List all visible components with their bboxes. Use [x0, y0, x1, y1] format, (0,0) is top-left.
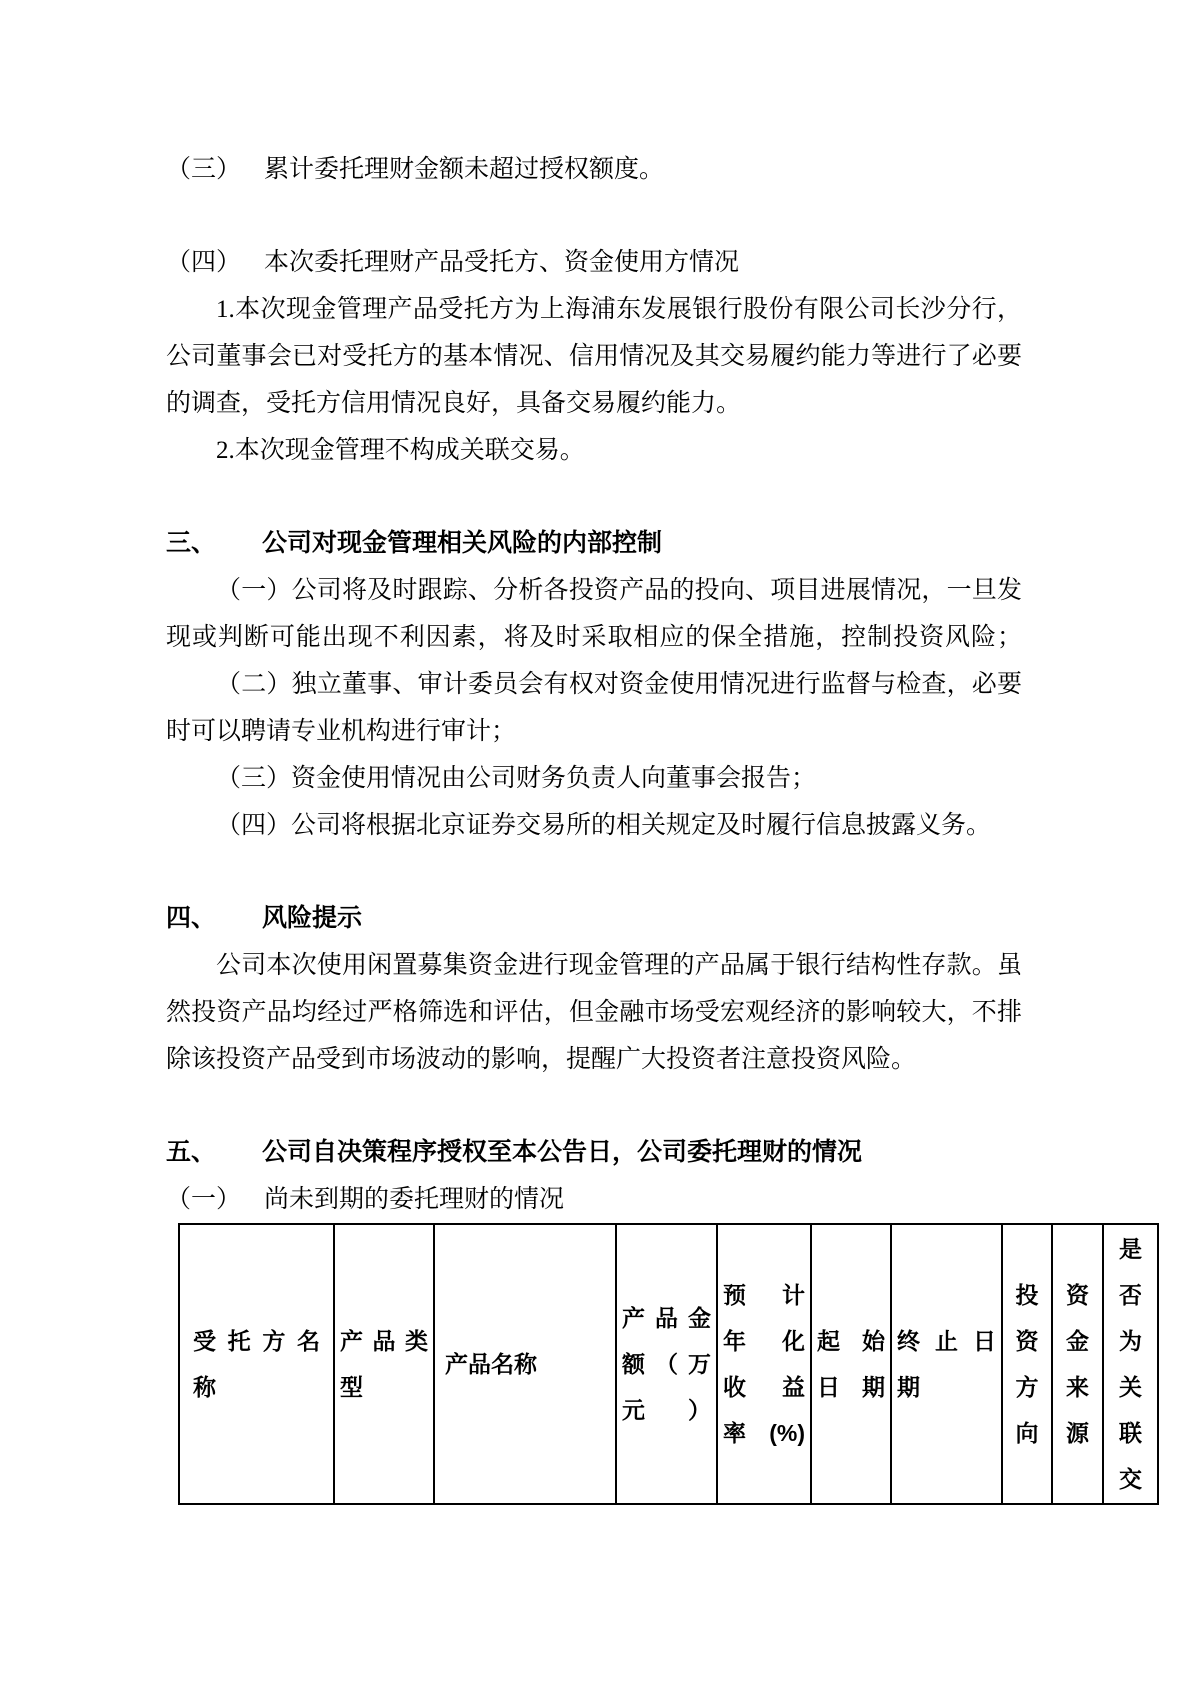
unexpired-wealth-management-table: 受托方名 称 产品类 型 产品名称 产品金 额（万 元） 预计 年化 收益 率(… [178, 1223, 1159, 1505]
paragraph-line: 公司本次使用闲置募集资金进行现金管理的产品属于银行结构性存款。虽 [166, 942, 1022, 989]
th-investment-direction: 投 资 方 向 [1002, 1224, 1052, 1504]
th-product-amount: 产品金 额（万 元） [616, 1224, 717, 1504]
paragraph-line: （四）公司将根据北京证券交易所的相关规定及时履行信息披露义务。 [166, 802, 1022, 849]
paragraph-line: 现或判断可能出现不利因素，将及时采取相应的保全措施，控制投资风险； [166, 614, 1022, 661]
section-4-heading: 四、 风险提示 [166, 895, 1022, 942]
section-5-marker: 五、 [166, 1129, 262, 1176]
paragraph-line: 然投资产品均经过严格筛选和评估，但金融市场受宏观经济的影响较大，不排 [166, 989, 1022, 1036]
section-3-paragraph-2: （二）独立董事、审计委员会有权对资金使用情况进行监督与检查，必要 时可以聘请专业… [166, 661, 1022, 755]
section-5-heading: 五、 公司自决策程序授权至本公告日，公司委托理财的情况 [166, 1129, 1022, 1176]
subsection-3-text: 累计委托理财金额未超过授权额度。 [264, 146, 1022, 193]
paragraph-line: （一）公司将及时跟踪、分析各投资产品的投向、项目进展情况，一旦发 [166, 567, 1022, 614]
paragraph-line: 的调查，受托方信用情况良好，具备交易履约能力。 [166, 380, 1022, 427]
section-3-paragraph-1: （一）公司将及时跟踪、分析各投资产品的投向、项目进展情况，一旦发 现或判断可能出… [166, 567, 1022, 661]
subsection-5-1-marker: （一） [166, 1176, 264, 1223]
section-4-marker: 四、 [166, 895, 262, 942]
th-start-date: 起始 日期 [811, 1224, 891, 1504]
section-5-title: 公司自决策程序授权至本公告日，公司委托理财的情况 [262, 1129, 862, 1176]
section-4-paragraph-1: 公司本次使用闲置募集资金进行现金管理的产品属于银行结构性存款。虽 然投资产品均经… [166, 942, 1022, 1083]
subsection-4: （四） 本次委托理财产品受托方、资金使用方情况 [166, 239, 1022, 286]
section-3-marker: 三、 [166, 520, 262, 567]
section-3-title: 公司对现金管理相关风险的内部控制 [262, 520, 662, 567]
subsection-3: （三） 累计委托理财金额未超过授权额度。 [166, 146, 1022, 193]
paragraph-line: 1.本次现金管理产品受托方为上海浦东发展银行股份有限公司长沙分行， [166, 286, 1022, 333]
th-is-related-transaction: 是 否 为 关 联 交 [1103, 1224, 1158, 1504]
subsection-4-marker: （四） [166, 239, 264, 286]
section-4-title: 风险提示 [262, 895, 362, 942]
th-product-type: 产品类 型 [334, 1224, 434, 1504]
th-expected-annualized-yield: 预计 年化 收益 率(%) [717, 1224, 811, 1504]
th-product-name: 产品名称 [434, 1224, 616, 1504]
document-page: （三） 累计委托理财金额未超过授权额度。 （四） 本次委托理财产品受托方、资金使… [0, 0, 1190, 1683]
paragraph-line: （二）独立董事、审计委员会有权对资金使用情况进行监督与检查，必要 [166, 661, 1022, 708]
paragraph-trustee-info: 1.本次现金管理产品受托方为上海浦东发展银行股份有限公司长沙分行， 公司董事会已… [166, 286, 1022, 427]
section-3-paragraph-4: （四）公司将根据北京证券交易所的相关规定及时履行信息披露义务。 [166, 802, 1022, 849]
th-fund-source: 资 金 来 源 [1052, 1224, 1103, 1504]
th-trustee-name: 受托方名 称 [179, 1224, 334, 1504]
paragraph-line: 除该投资产品受到市场波动的影响，提醒广大投资者注意投资风险。 [166, 1036, 1022, 1083]
paragraph-line: （三）资金使用情况由公司财务负责人向董事会报告； [166, 755, 1022, 802]
paragraph-line: 公司董事会已对受托方的基本情况、信用情况及其交易履约能力等进行了必要 [166, 333, 1022, 380]
subsection-4-text: 本次委托理财产品受托方、资金使用方情况 [264, 239, 1022, 286]
subsection-5-1: （一） 尚未到期的委托理财的情况 [166, 1176, 1022, 1223]
th-end-date: 终止日 期 [891, 1224, 1002, 1504]
paragraph-related-transaction: 2.本次现金管理不构成关联交易。 [166, 427, 1022, 474]
paragraph-line: 2.本次现金管理不构成关联交易。 [166, 427, 1022, 474]
table-header-row: 受托方名 称 产品类 型 产品名称 产品金 额（万 元） 预计 年化 收益 率(… [179, 1224, 1158, 1504]
section-3-heading: 三、 公司对现金管理相关风险的内部控制 [166, 520, 1022, 567]
subsection-5-1-text: 尚未到期的委托理财的情况 [264, 1176, 1022, 1223]
subsection-3-marker: （三） [166, 146, 264, 193]
section-3-paragraph-3: （三）资金使用情况由公司财务负责人向董事会报告； [166, 755, 1022, 802]
paragraph-line: 时可以聘请专业机构进行审计； [166, 708, 1022, 755]
